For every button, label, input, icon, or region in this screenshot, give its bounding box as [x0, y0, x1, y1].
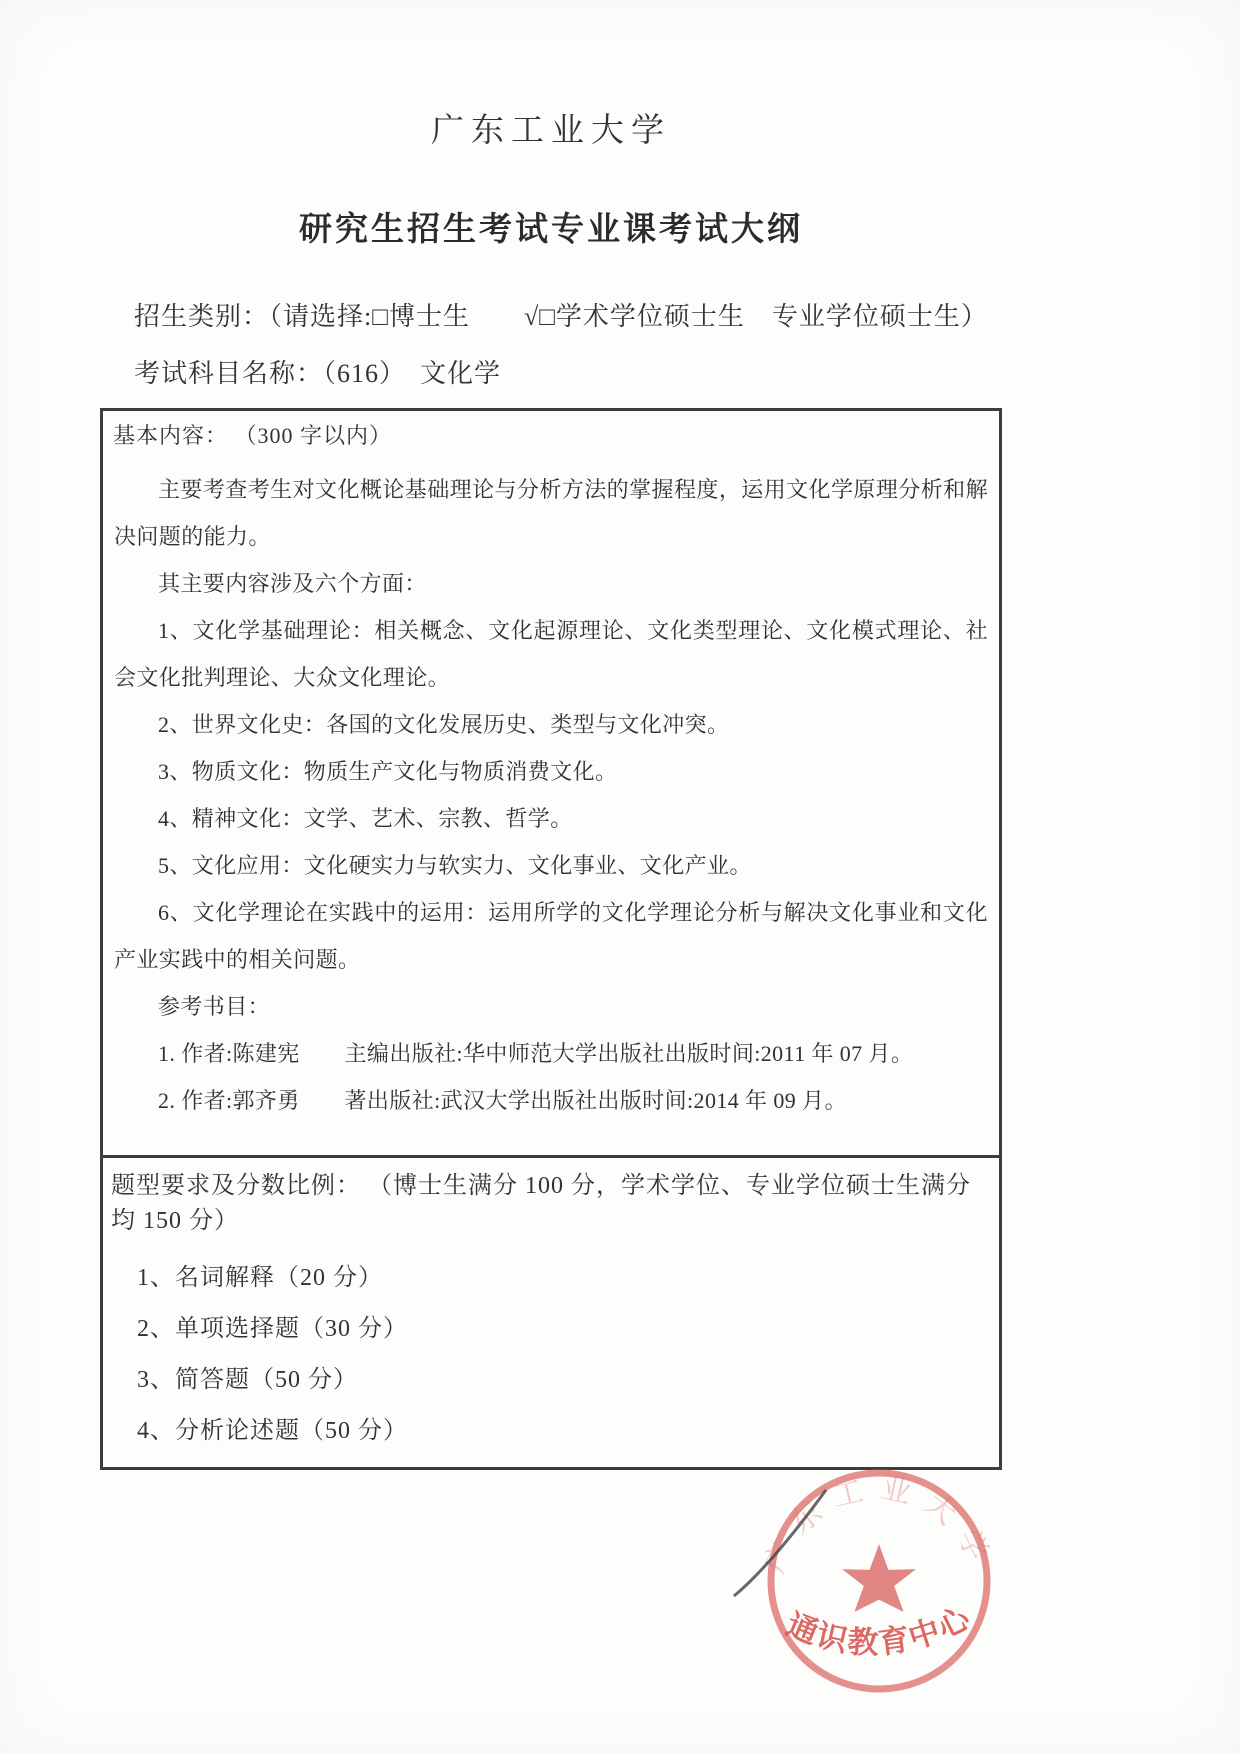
admission-category-value: （请选择:□博士生 √□学术学位硕士生 专业学位硕士生） [269, 302, 988, 331]
exam-subject-line: 考试科目名称：（616） 文化学 [134, 353, 501, 390]
admission-category-line: 招生类别：（请选择:□博士生 √□学术学位硕士生 专业学位硕士生） [134, 296, 988, 333]
document-title: 研究生招生考试专业课考试大纲 [100, 203, 1002, 250]
stamp-ring [771, 1473, 987, 1689]
content-paragraph: 1. 作者:陈建宪 主编出版社:华中师范大学出版社出版时间:2011 年 07 … [114, 1030, 988, 1077]
content-paragraph: 2. 作者:郭齐勇 著出版社:武汉大学出版社出版时间:2014 年 09 月。 [114, 1077, 988, 1124]
content-paragraph: 2、世界文化史：各国的文化发展历史、类型与文化冲突。 [114, 701, 988, 748]
stamp-star-icon [842, 1544, 916, 1612]
question-type-item: 4、分析论述题（50 分） [137, 1406, 999, 1457]
basic-content-paragraphs: 主要考查考生对文化概论基础理论与分析方法的掌握程度，运用文化学原理分析和解决问题… [103, 450, 999, 1124]
stamp-bottom-text: 通识教育中心 [781, 1599, 976, 1660]
content-table: 基本内容： （300 字以内） 主要考查考生对文化概论基础理论与分析方法的掌握程… [100, 408, 1002, 1470]
content-paragraph: 1、文化学基础理论：相关概念、文化起源理论、文化类型理论、文化模式理论、社会文化… [114, 607, 988, 701]
exam-subject-value: （616） 文化学 [323, 359, 501, 388]
official-stamp: 广东工业大学 通识教育中心 [726, 1438, 1026, 1738]
basic-content-header: 基本内容： （300 字以内） [103, 411, 999, 450]
basic-content-cell: 基本内容： （300 字以内） 主要考查考生对文化概论基础理论与分析方法的掌握程… [103, 411, 999, 1155]
question-type-item: 1、名词解释（20 分） [137, 1253, 999, 1304]
stamp-seal-graphic: 广东工业大学 通识教育中心 [726, 1438, 1026, 1738]
university-title: 广东工业大学 [100, 104, 1002, 151]
admission-category-label: 招生类别： [134, 302, 269, 331]
question-type-item: 2、单项选择题（30 分） [137, 1304, 999, 1355]
content-paragraph: 参考书目： [114, 983, 988, 1030]
content-paragraph: 6、文化学理论在实践中的运用：运用所学的文化学理论分析与解决文化事业和文化产业实… [114, 889, 988, 983]
question-types-header: 题型要求及分数比例： （博士生满分 100 分，学术学位、专业学位硕士生满分均 … [103, 1158, 999, 1235]
content-paragraph: 5、文化应用：文化硬实力与软实力、文化事业、文化产业。 [114, 842, 988, 889]
content-paragraph: 其主要内容涉及六个方面： [114, 560, 988, 607]
question-type-item: 3、简答题（50 分） [137, 1355, 999, 1406]
question-type-list: 1、名词解释（20 分）2、单项选择题（30 分）3、简答题（50 分）4、分析… [103, 1235, 999, 1457]
pen-stroke-mark [734, 1490, 826, 1596]
content-paragraph: 主要考查考生对文化概论基础理论与分析方法的掌握程度，运用文化学原理分析和解决问题… [114, 466, 988, 560]
exam-subject-label: 考试科目名称： [134, 359, 323, 388]
scanned-document-page: 广东工业大学 研究生招生考试专业课考试大纲 招生类别：（请选择:□博士生 √□学… [0, 0, 1240, 1754]
content-paragraph: 3、物质文化：物质生产文化与物质消费文化。 [114, 748, 988, 795]
stamp-arc-text: 广东工业大学 [758, 1472, 1000, 1579]
question-types-cell: 题型要求及分数比例： （博士生满分 100 分，学术学位、专业学位硕士生满分均 … [103, 1155, 999, 1457]
content-paragraph: 4、精神文化：文学、艺术、宗教、哲学。 [114, 795, 988, 842]
